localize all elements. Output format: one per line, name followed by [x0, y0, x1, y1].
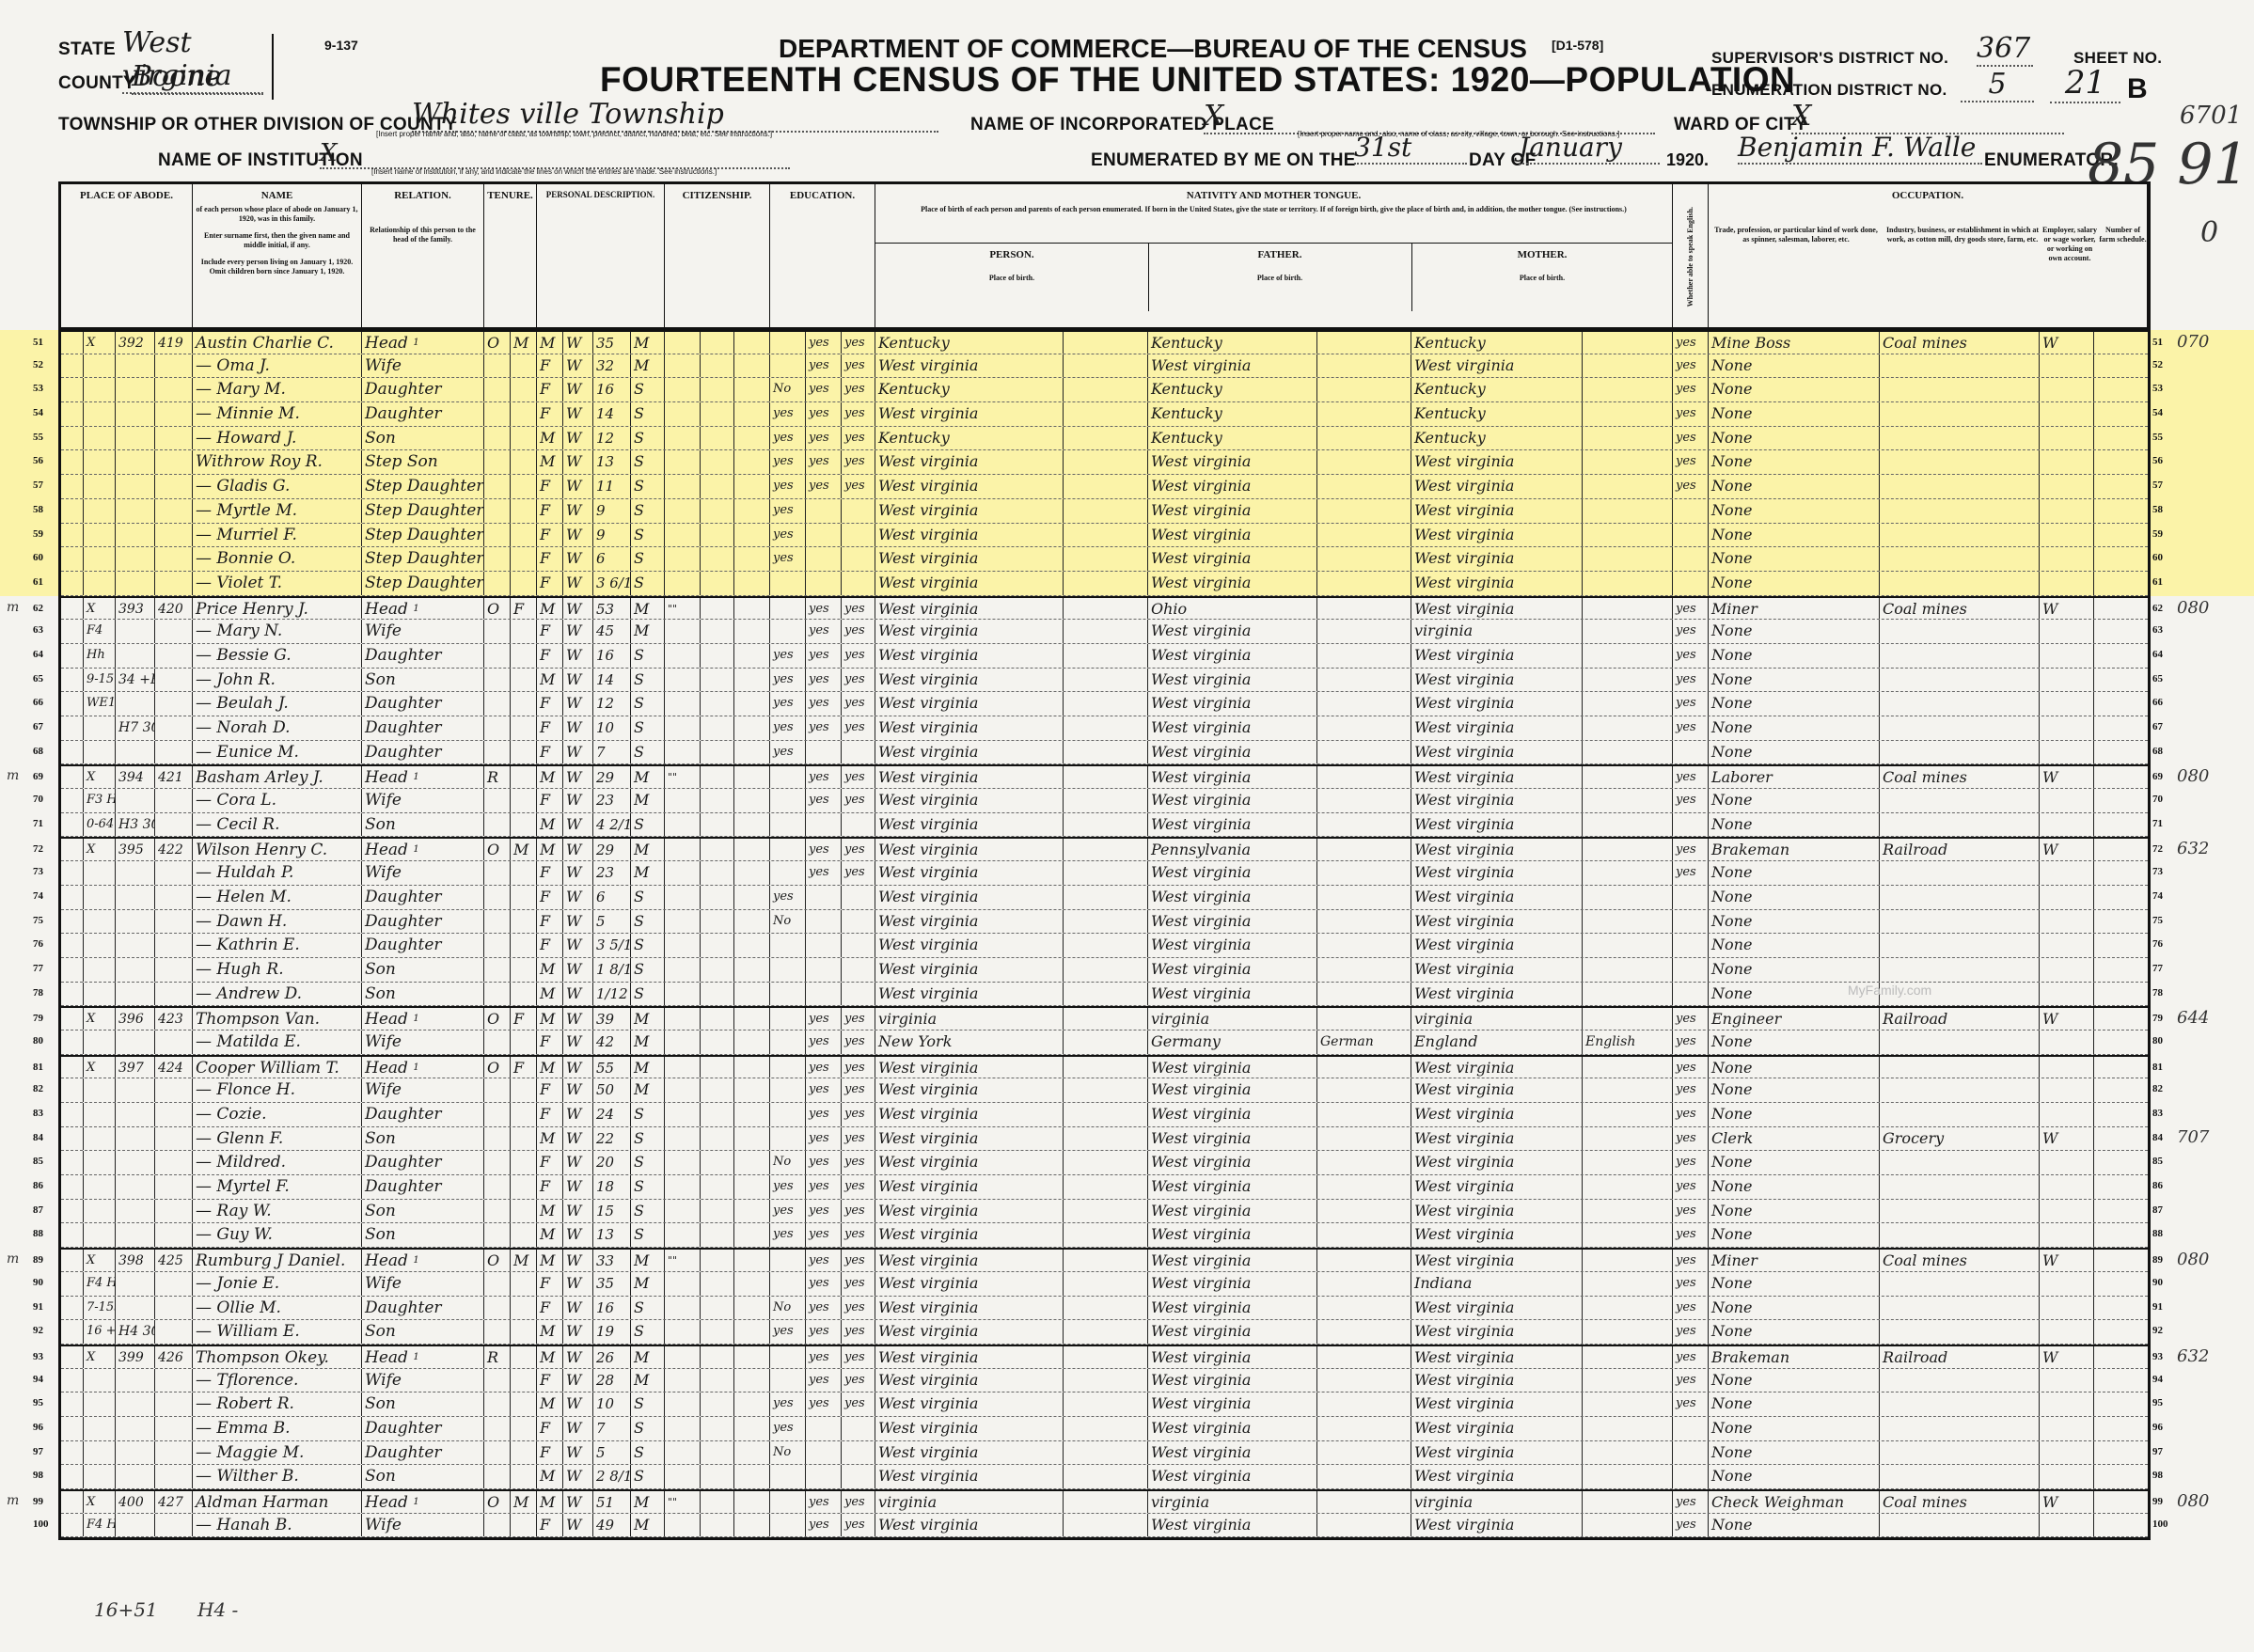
naturalized-cell [701, 644, 734, 668]
school-cell [770, 1491, 806, 1513]
family-cell [155, 427, 193, 450]
father-birthplace-cell: West virginia [1148, 644, 1317, 668]
sex-cell: F [537, 1514, 563, 1537]
mother-birthplace-cell: Kentucky [1411, 378, 1583, 401]
line-number-right: 99 [2152, 1496, 2163, 1507]
employer-cell [2040, 789, 2094, 812]
immigration-cell [665, 547, 701, 571]
home-cell [484, 427, 511, 450]
farm-schedule-cell [2094, 620, 2148, 643]
father-tongue-cell [1317, 1078, 1411, 1102]
employer-cell [2040, 1417, 2094, 1440]
table-row: 59 — Murriel F. Step Daughter F W 9 S ye… [61, 524, 2148, 548]
industry-cell [1880, 1031, 2040, 1054]
write-cell: yes [842, 692, 875, 716]
family-cell [155, 1441, 193, 1465]
family-cell [155, 1103, 193, 1126]
race-cell: W [563, 1297, 593, 1320]
house-cell [84, 378, 116, 401]
industry-cell [1880, 1297, 2040, 1320]
father-birthplace-cell: West virginia [1148, 499, 1317, 523]
mother-tongue-cell [1064, 1369, 1148, 1392]
family-cell [155, 450, 193, 474]
naturalization-year-cell [734, 839, 770, 860]
write-cell: yes [842, 1057, 875, 1078]
dwelling-cell [116, 1272, 155, 1296]
immigration-cell [665, 1320, 701, 1344]
mother-tongue-cell [1583, 402, 1673, 426]
mother-tongue-cell [1583, 958, 1673, 982]
header-person: PERSON. Place of birth. [875, 243, 1149, 311]
industry-cell: Coal mines [1880, 766, 2040, 788]
mother-tongue-cell [1583, 332, 1673, 354]
english-cell [1673, 1417, 1709, 1440]
marital-cell: S [631, 1200, 665, 1223]
race-cell: W [563, 427, 593, 450]
industry-cell [1880, 450, 2040, 474]
name-cell: — John R. [193, 669, 362, 692]
relation-cell: Daughter [362, 1103, 484, 1126]
father-birthplace-cell: West virginia [1148, 861, 1317, 885]
mother-tongue-cell [1583, 1346, 1673, 1368]
mother-tongue-cell [1064, 1250, 1148, 1271]
mortgage-cell [511, 1392, 537, 1416]
mortgage-cell [511, 1200, 537, 1223]
relation-cell: Son [362, 1223, 484, 1247]
table-row: 53 — Mary M. Daughter F W 16 S No yes ye… [61, 378, 2148, 402]
industry-cell [1880, 644, 2040, 668]
industry-cell [1880, 910, 2040, 934]
father-birthplace-cell: West virginia [1148, 1200, 1317, 1223]
immigration-cell [665, 475, 701, 498]
naturalization-year-cell [734, 1057, 770, 1078]
marital-cell: M [631, 1272, 665, 1296]
school-cell: yes [770, 1223, 806, 1247]
english-cell [1673, 934, 1709, 957]
father-tongue-cell [1317, 886, 1411, 909]
mother-birthplace-cell: West virginia [1411, 1417, 1583, 1440]
father-birthplace-cell: West virginia [1148, 789, 1317, 812]
house-cell [84, 1175, 116, 1199]
naturalization-year-cell [734, 934, 770, 957]
school-cell: yes [770, 716, 806, 740]
house-cell: X [84, 839, 116, 860]
read-cell [806, 958, 842, 982]
left-margin-mark: m [7, 768, 19, 783]
line-number: 94 [33, 1374, 43, 1385]
trade-cell: None [1709, 886, 1880, 909]
trade-cell: None [1709, 620, 1880, 643]
immigration-cell [665, 1272, 701, 1296]
house-cell: X [84, 1346, 116, 1368]
read-cell: yes [806, 1223, 842, 1247]
table-row: 72 X 395 422 Wilson Henry C. Head 1 O M … [61, 837, 2148, 861]
trade-cell: None [1709, 934, 1880, 957]
industry-cell: Coal mines [1880, 1250, 2040, 1271]
naturalization-year-cell [734, 450, 770, 474]
read-cell [806, 1417, 842, 1440]
race-cell: W [563, 958, 593, 982]
family-cell [155, 524, 193, 547]
father-tongue-cell [1317, 499, 1411, 523]
marital-cell: M [631, 332, 665, 354]
mother-tongue-cell [1583, 692, 1673, 716]
relation-cell: Wife [362, 789, 484, 812]
right-margin-code: 080 [2177, 1491, 2209, 1511]
read-cell [806, 499, 842, 523]
line-number: 93 [33, 1351, 43, 1362]
dwelling-cell [116, 1392, 155, 1416]
farm-schedule-cell [2094, 1250, 2148, 1271]
home-cell: R [484, 1346, 511, 1368]
sex-cell: F [537, 1369, 563, 1392]
street-cell [61, 378, 84, 401]
mother-tongue-cell [1064, 669, 1148, 692]
relation-cell: Head 1 [362, 598, 484, 620]
sex-cell: F [537, 475, 563, 498]
write-cell [842, 813, 875, 837]
mother-tongue-cell [1064, 741, 1148, 764]
dwelling-cell [116, 910, 155, 934]
age-cell: 23 [593, 861, 631, 885]
read-cell: yes [806, 620, 842, 643]
birthplace-cell: West virginia [875, 861, 1064, 885]
mother-tongue-cell [1583, 1514, 1673, 1537]
mother-tongue-cell [1064, 983, 1148, 1006]
mother-tongue-cell [1583, 813, 1673, 837]
table-row: 70 F3 Hh — Cora L. Wife F W 23 M yes yes… [61, 789, 2148, 813]
relation-cell: Daughter [362, 402, 484, 426]
relation-cell: Wife [362, 1514, 484, 1537]
naturalization-year-cell [734, 789, 770, 812]
industry-cell [1880, 934, 2040, 957]
farm-schedule-cell [2094, 766, 2148, 788]
street-cell [61, 547, 84, 571]
sex-cell: F [537, 524, 563, 547]
industry-cell [1880, 1078, 2040, 1102]
read-cell: yes [806, 669, 842, 692]
age-cell: 1/12 [593, 983, 631, 1006]
relation-cell: Head 1 [362, 1008, 484, 1030]
relation-cell: Son [362, 669, 484, 692]
house-cell [84, 499, 116, 523]
mother-tongue-cell [1064, 547, 1148, 571]
line-number: 95 [33, 1397, 43, 1408]
farm-schedule-cell [2094, 789, 2148, 812]
mother-tongue-cell [1064, 1465, 1148, 1488]
father-birthplace-cell: West virginia [1148, 1127, 1317, 1151]
age-cell: 14 [593, 669, 631, 692]
relation-cell: Son [362, 1200, 484, 1223]
naturalized-cell [701, 839, 734, 860]
father-tongue-cell [1317, 524, 1411, 547]
employer-cell [2040, 741, 2094, 764]
sex-cell: F [537, 716, 563, 740]
employer-cell [2040, 1297, 2094, 1320]
name-cell: — Wilther B. [193, 1465, 362, 1488]
relation-cell: Step Daughter [362, 572, 484, 595]
mother-tongue-cell [1583, 910, 1673, 934]
immigration-cell [665, 1151, 701, 1174]
naturalized-cell [701, 1514, 734, 1537]
naturalized-cell [701, 1031, 734, 1054]
marital-cell: S [631, 813, 665, 837]
school-cell: yes [770, 475, 806, 498]
naturalization-year-cell [734, 1441, 770, 1465]
employer-cell [2040, 1441, 2094, 1465]
race-cell: W [563, 1392, 593, 1416]
read-cell: yes [806, 1491, 842, 1513]
birthplace-cell: Kentucky [875, 332, 1064, 354]
mother-tongue-cell [1583, 669, 1673, 692]
table-row: 55 — Howard J. Son M W 12 S yes yes yes … [61, 427, 2148, 451]
line-number-right: 91 [2152, 1301, 2163, 1313]
relation-cell: Wife [362, 1369, 484, 1392]
immigration-cell [665, 378, 701, 401]
header-mother: MOTHER. Place of birth. [1411, 243, 1673, 311]
relation-cell: Son [362, 427, 484, 450]
english-cell: yes [1673, 1392, 1709, 1416]
industry-cell [1880, 402, 2040, 426]
relation-cell: Wife [362, 354, 484, 378]
naturalized-cell [701, 861, 734, 885]
mortgage-cell: F [511, 598, 537, 620]
immigration-cell [665, 789, 701, 812]
mother-tongue-cell [1583, 741, 1673, 764]
house-cell: F4 Hh [84, 1272, 116, 1296]
age-cell: 32 [593, 354, 631, 378]
age-cell: 7 [593, 1417, 631, 1440]
farm-schedule-cell [2094, 644, 2148, 668]
mother-tongue-cell [1064, 354, 1148, 378]
home-cell [484, 716, 511, 740]
name-cell: — Emma B. [193, 1417, 362, 1440]
marital-cell: S [631, 741, 665, 764]
institution-hint: [Insert name of institution, if any, and… [371, 167, 717, 176]
age-cell: 6 [593, 886, 631, 909]
school-cell [770, 1465, 806, 1488]
dwelling-cell: H7 30 [116, 716, 155, 740]
father-tongue-cell [1317, 1250, 1411, 1271]
street-cell [61, 1127, 84, 1151]
footer-note-1: 16+51 [94, 1598, 158, 1621]
mortgage-cell [511, 861, 537, 885]
right-margin-code: 644 [2177, 1008, 2209, 1028]
line-number: 65 [33, 673, 43, 684]
birthplace-cell: West virginia [875, 1175, 1064, 1199]
line-number-right: 56 [2152, 455, 2163, 466]
home-cell [484, 1465, 511, 1488]
mother-tongue-cell [1064, 839, 1148, 860]
mother-tongue-cell [1583, 1491, 1673, 1513]
naturalization-year-cell [734, 741, 770, 764]
relation-cell: Head 1 [362, 1250, 484, 1271]
farm-schedule-cell [2094, 427, 2148, 450]
read-cell: yes [806, 1200, 842, 1223]
industry-cell [1880, 789, 2040, 812]
naturalization-year-cell [734, 1031, 770, 1054]
name-cell: — Murriel F. [193, 524, 362, 547]
industry-cell [1880, 1369, 2040, 1392]
father-tongue-cell [1317, 1103, 1411, 1126]
race-cell: W [563, 789, 593, 812]
age-cell: 3 6/12 [593, 572, 631, 595]
township-value: Whites ville Township [412, 98, 938, 133]
immigration-cell [665, 741, 701, 764]
read-cell: yes [806, 450, 842, 474]
line-number: 51 [33, 337, 43, 348]
sex-cell: F [537, 378, 563, 401]
english-cell [1673, 1465, 1709, 1488]
industry-cell [1880, 1223, 2040, 1247]
age-cell: 10 [593, 1392, 631, 1416]
mortgage-cell [511, 766, 537, 788]
mother-tongue-cell [1583, 499, 1673, 523]
line-number: 69 [33, 771, 43, 782]
farm-schedule-cell [2094, 1127, 2148, 1151]
name-cell: — Ray W. [193, 1200, 362, 1223]
father-tongue-cell [1317, 427, 1411, 450]
father-tongue-cell [1317, 1417, 1411, 1440]
dwelling-cell [116, 1223, 155, 1247]
race-cell: W [563, 378, 593, 401]
table-row: 74 — Helen M. Daughter F W 6 S yes West … [61, 886, 2148, 910]
english-cell: yes [1673, 766, 1709, 788]
mother-birthplace-cell: West virginia [1411, 766, 1583, 788]
month-value: January [1519, 132, 1660, 165]
school-cell [770, 813, 806, 837]
house-cell: X [84, 332, 116, 354]
sex-cell: F [537, 1441, 563, 1465]
sex-cell: F [537, 741, 563, 764]
line-number-right: 93 [2152, 1351, 2163, 1362]
relation-cell: Son [362, 1127, 484, 1151]
industry-cell [1880, 1392, 2040, 1416]
father-tongue-cell [1317, 741, 1411, 764]
age-cell: 20 [593, 1151, 631, 1174]
race-cell: W [563, 1491, 593, 1513]
house-cell [84, 910, 116, 934]
birthplace-cell: West virginia [875, 1078, 1064, 1102]
trade-cell: None [1709, 1151, 1880, 1174]
age-cell: 24 [593, 1103, 631, 1126]
line-number-right: 60 [2152, 552, 2163, 563]
house-cell [84, 1392, 116, 1416]
employer-cell [2040, 427, 2094, 450]
home-cell: O [484, 1008, 511, 1030]
house-cell: X [84, 766, 116, 788]
house-cell: F4 Hh [84, 1514, 116, 1537]
trade-cell: None [1709, 861, 1880, 885]
name-cell: Austin Charlie C. [193, 332, 362, 354]
write-cell: yes [842, 1392, 875, 1416]
sex-cell: F [537, 861, 563, 885]
farm-schedule-cell [2094, 934, 2148, 957]
home-cell [484, 886, 511, 909]
mother-tongue-cell [1583, 1417, 1673, 1440]
naturalized-cell [701, 934, 734, 957]
mother-tongue-cell [1064, 1078, 1148, 1102]
read-cell: yes [806, 766, 842, 788]
sheet-side: B [2127, 73, 2148, 105]
right-margin-code: 070 [2177, 332, 2209, 352]
house-cell: WE1 [84, 692, 116, 716]
read-cell: yes [806, 716, 842, 740]
english-cell: yes [1673, 1031, 1709, 1054]
relation-cell: Daughter [362, 1297, 484, 1320]
street-cell [61, 1392, 84, 1416]
relation-cell: Daughter [362, 1441, 484, 1465]
mother-tongue-cell [1064, 1031, 1148, 1054]
naturalization-year-cell [734, 1491, 770, 1513]
line-number: 80 [33, 1035, 43, 1046]
naturalized-cell [701, 1103, 734, 1126]
race-cell: W [563, 354, 593, 378]
age-cell: 13 [593, 450, 631, 474]
naturalization-year-cell [734, 1008, 770, 1030]
father-tongue-cell [1317, 572, 1411, 595]
sex-cell: F [537, 620, 563, 643]
relation-cell: Son [362, 983, 484, 1006]
name-cell: — Myrtle M. [193, 499, 362, 523]
family-cell [155, 1078, 193, 1102]
street-cell [61, 354, 84, 378]
home-cell [484, 1200, 511, 1223]
dwelling-cell: 392 [116, 332, 155, 354]
employer-cell: W [2040, 1250, 2094, 1271]
birthplace-cell: West virginia [875, 1223, 1064, 1247]
age-cell: 1 8/12 [593, 958, 631, 982]
birthplace-cell: West virginia [875, 741, 1064, 764]
name-cell: — Robert R. [193, 1392, 362, 1416]
mother-birthplace-cell: West virginia [1411, 692, 1583, 716]
mother-birthplace-cell: West virginia [1411, 1127, 1583, 1151]
street-cell [61, 1175, 84, 1199]
employer-cell [2040, 934, 2094, 957]
english-cell [1673, 524, 1709, 547]
father-tongue-cell [1317, 1127, 1411, 1151]
line-number: 71 [33, 818, 43, 829]
name-cell: — Flonce H. [193, 1078, 362, 1102]
mother-tongue-cell [1064, 958, 1148, 982]
mother-tongue-cell [1064, 1514, 1148, 1537]
table-row: 79 X 396 423 Thompson Van. Head 1 O F M … [61, 1006, 2148, 1031]
line-number-right: 83 [2152, 1108, 2163, 1119]
read-cell: yes [806, 1392, 842, 1416]
mother-tongue-cell [1583, 547, 1673, 571]
left-margin-mark: m [7, 600, 19, 615]
industry-cell [1880, 669, 2040, 692]
naturalized-cell [701, 1441, 734, 1465]
enumerated-day: 31st [1354, 132, 1467, 165]
age-cell: 18 [593, 1175, 631, 1199]
mortgage-cell [511, 1346, 537, 1368]
birthplace-cell: West virginia [875, 1103, 1064, 1126]
naturalized-cell [701, 1346, 734, 1368]
birthplace-cell: West virginia [875, 572, 1064, 595]
father-tongue-cell [1317, 1200, 1411, 1223]
naturalized-cell [701, 1320, 734, 1344]
naturalized-cell [701, 1223, 734, 1247]
home-cell [484, 861, 511, 885]
dwelling-cell [116, 861, 155, 885]
father-tongue-cell [1317, 1346, 1411, 1368]
mother-birthplace-cell: West virginia [1411, 1346, 1583, 1368]
father-birthplace-cell: Kentucky [1148, 378, 1317, 401]
immigration-cell [665, 1008, 701, 1030]
marital-cell: S [631, 669, 665, 692]
table-row: 60 — Bonnie O. Step Daughter F W 6 S yes… [61, 547, 2148, 572]
